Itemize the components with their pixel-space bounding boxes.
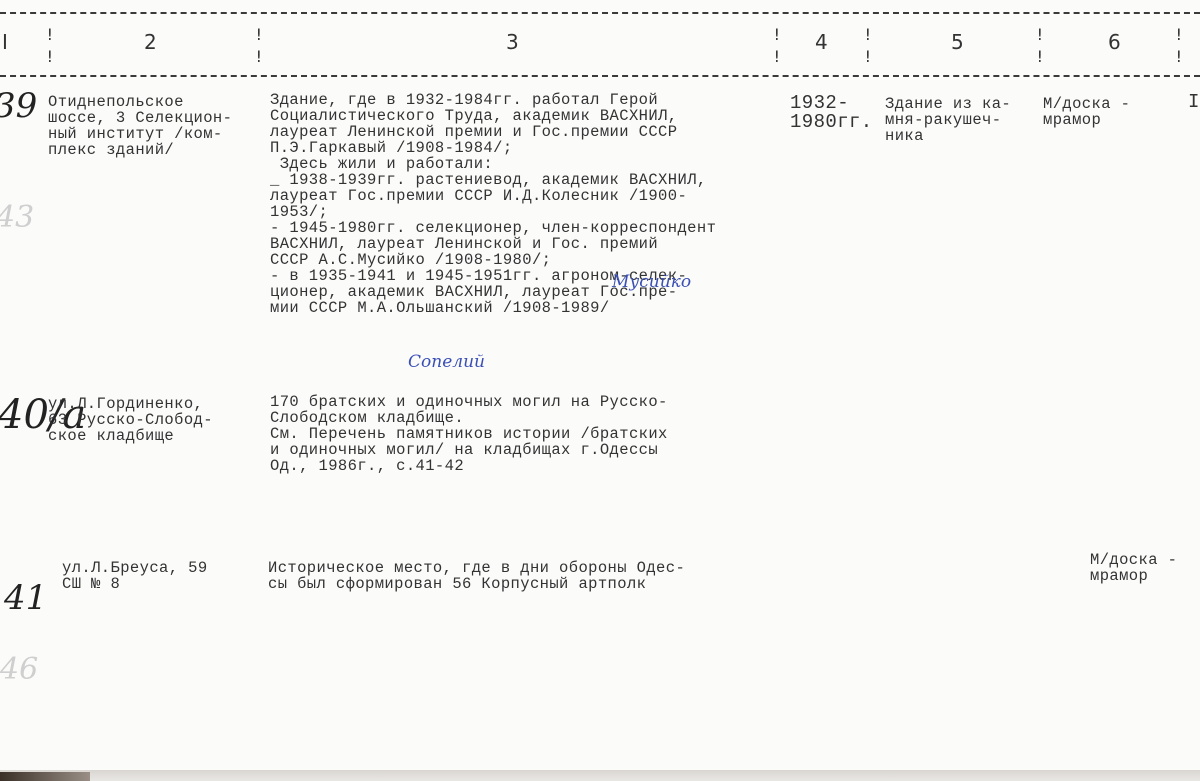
row-description: Историческое место, где в дни обороны Од… (268, 560, 685, 592)
column-separator: !! (863, 24, 873, 68)
column-header-2: 2 (144, 30, 157, 54)
row-extra: I (1188, 94, 1200, 110)
column-separator: !! (772, 24, 782, 68)
faint-margin-number: 46 (0, 652, 38, 687)
row-address: ул.Л.Бреуса, 59 СШ № 8 (62, 560, 208, 592)
scan-edge (0, 770, 1200, 781)
column-header-3: 3 (506, 30, 519, 54)
column-header-1: I (2, 30, 8, 54)
column-separator: !! (1035, 24, 1045, 68)
handwritten-correction: Сопелий (408, 352, 485, 372)
column-header-6: 6 (1108, 30, 1121, 54)
column-separator: !! (1174, 24, 1184, 68)
faint-margin-number: 43 (0, 200, 34, 235)
scan-edge-dark (0, 772, 90, 781)
column-header-5: 5 (951, 30, 964, 54)
column-separator: !! (45, 24, 55, 68)
row-description: 170 братских и одиночных могил на Русско… (270, 394, 668, 474)
column-separator: !! (254, 24, 264, 68)
row-material: Здание из ка- мня-ракушеч- ника (885, 96, 1011, 144)
row-dates: 1932- 1980гг. (790, 94, 873, 132)
row-marking: М/доска - мрамор (1090, 552, 1177, 584)
row-address: ул.Л.Гординенко, 63 Русско-Слобод- ское … (48, 396, 213, 444)
header-bottom-rule (0, 75, 1200, 77)
header-top-rule (0, 12, 1200, 14)
column-header-4: 4 (815, 30, 828, 54)
row-address: Отиднепольское шоссе, 3 Селекцион- ный и… (48, 94, 232, 158)
row-marking: М/доска - мрамор (1043, 96, 1130, 128)
row-number: 41 (4, 578, 47, 618)
row-number: 39 (0, 86, 37, 126)
handwritten-correction: Мусийко (612, 272, 691, 292)
